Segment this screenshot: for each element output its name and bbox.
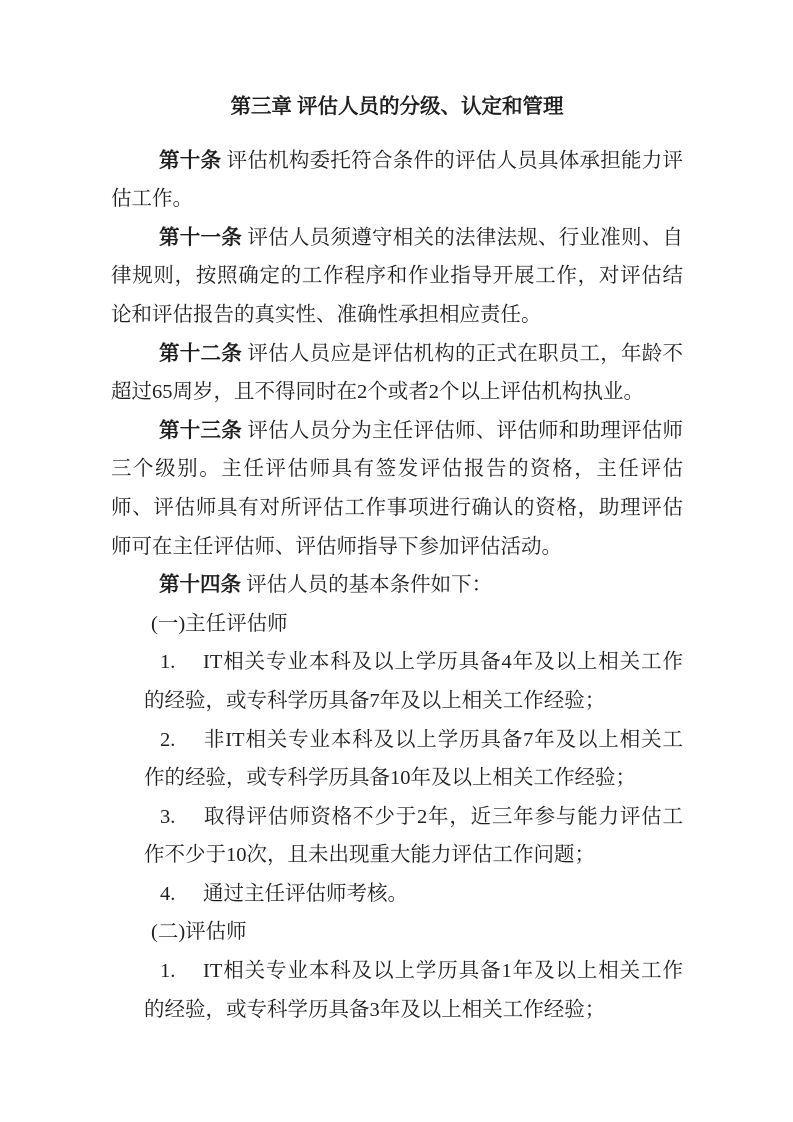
article-number-label: 第十一条	[159, 227, 242, 249]
list-item-text: IT相关专业本科及以上学历具备1年及以上相关工作的经验，或专科学历具备3年及以上…	[144, 960, 683, 1021]
chapter-title: 第三章 评估人员的分级、认定和管理	[111, 88, 683, 127]
list-item-number: 2.	[160, 721, 203, 760]
subheading: (一)主任评估师	[111, 605, 683, 644]
article-number-label: 第十条	[159, 150, 221, 172]
list-item-text: 取得评估师资格不少于2年，近三年参与能力评估工作不少于10次，且未出现重大能力评…	[144, 806, 683, 867]
article-paragraph: 第十三条 评估人员分为主任评估师、评估师和助理评估师三个级别。主任评估师具有签发…	[111, 412, 683, 566]
article-paragraph: 第十二条 评估人员应是评估机构的正式在职员工，年龄不超过65周岁，且不得同时在2…	[111, 335, 683, 412]
list-item-text: 通过主任评估师考核。	[203, 883, 408, 905]
list-item-text: 非IT相关专业本科及以上学历具备7年及以上相关工作的经验，或专科学历具备10年及…	[144, 729, 683, 790]
document-page: 第三章 评估人员的分级、认定和管理 第十条 评估机构委托符合条件的评估人员具体承…	[0, 0, 793, 1122]
list-item-text: IT相关专业本科及以上学历具备4年及以上相关工作的经验，或专科学历具备7年及以上…	[144, 651, 683, 712]
document-body: 第十条 评估机构委托符合条件的评估人员具体承担能力评估工作。第十一条 评估人员须…	[111, 142, 683, 1030]
subheading: (二)评估师	[111, 913, 683, 952]
article-paragraph: 第十一条 评估人员须遵守相关的法律法规、行业准则、自律规则，按照确定的工作程序和…	[111, 219, 683, 335]
document-content: 第三章 评估人员的分级、认定和管理 第十条 评估机构委托符合条件的评估人员具体承…	[111, 88, 683, 1029]
list-item: 4.通过主任评估师考核。	[144, 875, 683, 914]
list-item-number: 3.	[160, 798, 203, 837]
article-number-label: 第十三条	[159, 420, 242, 442]
list-item: 2.非IT相关专业本科及以上学历具备7年及以上相关工作的经验，或专科学历具备10…	[144, 721, 683, 798]
list-item-number: 4.	[160, 875, 203, 914]
list-item-number: 1.	[160, 952, 203, 991]
list-item: 3.取得评估师资格不少于2年，近三年参与能力评估工作不少于10次，且未出现重大能…	[144, 798, 683, 875]
list-item-number: 1.	[160, 643, 203, 682]
list-item: 1.IT相关专业本科及以上学历具备4年及以上相关工作的经验，或专科学历具备7年及…	[144, 643, 683, 720]
list-item: 1.IT相关专业本科及以上学历具备1年及以上相关工作的经验，或专科学历具备3年及…	[144, 952, 683, 1029]
article-text: 评估人员的基本条件如下：	[246, 574, 492, 596]
article-number-label: 第十二条	[159, 343, 242, 365]
article-paragraph: 第十四条 评估人员的基本条件如下：	[111, 566, 683, 605]
article-paragraph: 第十条 评估机构委托符合条件的评估人员具体承担能力评估工作。	[111, 142, 683, 219]
article-number-label: 第十四条	[159, 574, 241, 596]
